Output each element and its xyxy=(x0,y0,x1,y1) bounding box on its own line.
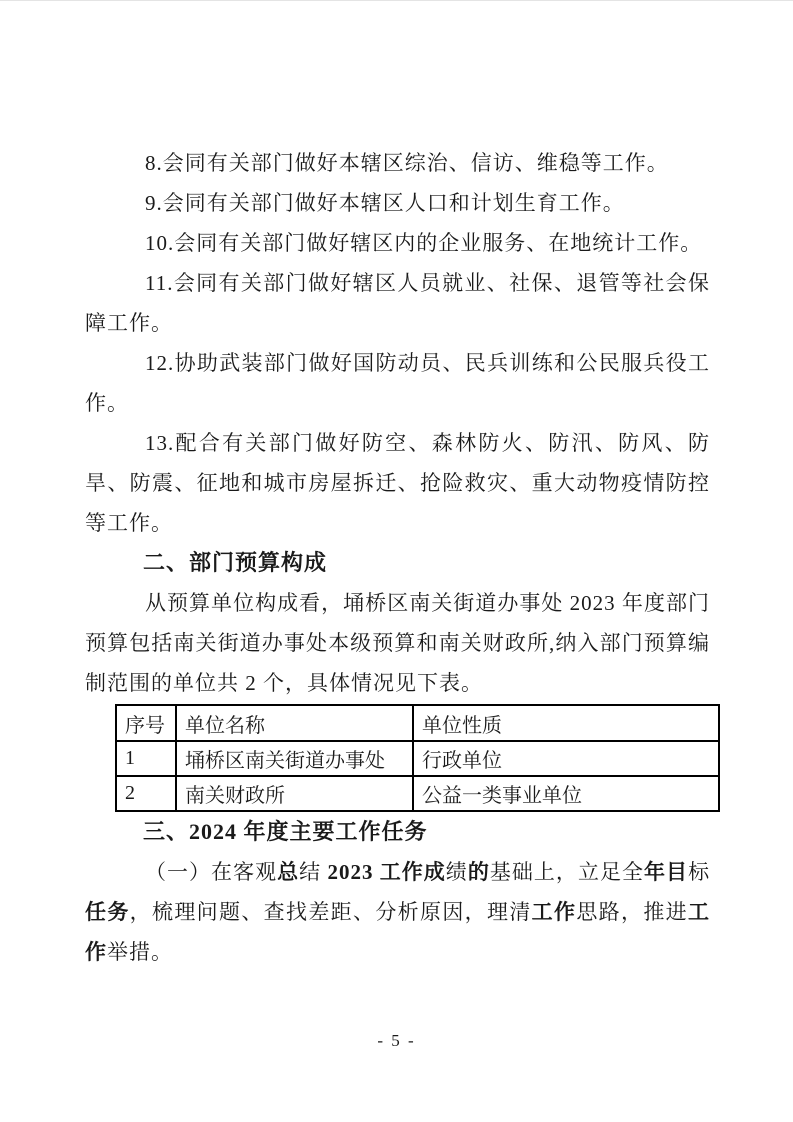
duty-item-9: 9.会同有关部门做好本辖区人口和计划生育工作。 xyxy=(85,183,710,223)
text-segment: 绩 xyxy=(446,860,468,884)
budget-units-table: 序号 单位名称 单位性质 1 埇桥区南关街道办事处 行政单位 2 南关财政所 公… xyxy=(115,704,720,812)
cell-unit-name: 南关财政所 xyxy=(176,776,413,811)
work-tasks-paragraph: （一）在客观总结 2023 工作成绩的基础上，立足全年目标任务，梳理问题、查找差… xyxy=(85,852,710,972)
text-segment: （一）在客观 xyxy=(145,860,277,884)
cell-index: 1 xyxy=(116,741,176,776)
document-page: 8.会同有关部门做好本辖区综治、信访、维稳等工作。 9.会同有关部门做好本辖区人… xyxy=(0,0,793,1122)
cell-unit-type: 公益一类事业单位 xyxy=(413,776,719,811)
table-row: 2 南关财政所 公益一类事业单位 xyxy=(116,776,719,811)
duty-item-12: 12.协助武装部门做好国防动员、民兵训练和公民服兵役工作。 xyxy=(85,343,710,423)
document-content: 8.会同有关部门做好本辖区综治、信访、维稳等工作。 9.会同有关部门做好本辖区人… xyxy=(0,1,793,972)
duty-item-11: 11.会同有关部门做好辖区人员就业、社保、退管等社会保障工作。 xyxy=(85,263,710,343)
text-segment: ，梳理问题、查找差距、分析原因，理清 xyxy=(130,900,532,924)
text-segment: 工作 xyxy=(532,900,577,924)
duty-item-8: 8.会同有关部门做好本辖区综治、信访、维稳等工作。 xyxy=(85,143,710,183)
budget-composition-paragraph: 从预算单位构成看，埇桥区南关街道办事处 2023 年度部门预算包括南关街道办事处… xyxy=(85,583,710,703)
text-segment: 的 xyxy=(468,860,490,884)
duty-item-10: 10.会同有关部门做好辖区内的企业服务、在地统计工作。 xyxy=(85,223,710,263)
text-segment: 标 xyxy=(688,860,710,884)
cell-index: 2 xyxy=(116,776,176,811)
column-header-unit-type: 单位性质 xyxy=(413,705,719,741)
duty-item-13: 13.配合有关部门做好防空、森林防火、防汛、防风、防旱、防震、征地和城市房屋拆迁… xyxy=(85,423,710,543)
page-number: - 5 - xyxy=(0,1031,793,1051)
text-segment: 基础上，立足全 xyxy=(490,860,644,884)
table-header-row: 序号 单位名称 单位性质 xyxy=(116,705,719,741)
text-segment: 结 xyxy=(299,860,327,884)
text-segment: 思路，推进 xyxy=(576,900,688,924)
text-segment: 任务 xyxy=(85,900,130,924)
text-segment: 2023 工作成 xyxy=(327,860,445,884)
column-header-unit-name: 单位名称 xyxy=(176,705,413,741)
text-segment: 年目 xyxy=(644,860,688,884)
text-segment: 总 xyxy=(277,860,299,884)
text-segment: 举措。 xyxy=(107,940,173,964)
section-heading-work-tasks: 三、2024 年度主要工作任务 xyxy=(85,812,710,852)
cell-unit-name: 埇桥区南关街道办事处 xyxy=(176,741,413,776)
table-row: 1 埇桥区南关街道办事处 行政单位 xyxy=(116,741,719,776)
column-header-index: 序号 xyxy=(116,705,176,741)
section-heading-budget-composition: 二、部门预算构成 xyxy=(85,543,710,583)
cell-unit-type: 行政单位 xyxy=(413,741,719,776)
